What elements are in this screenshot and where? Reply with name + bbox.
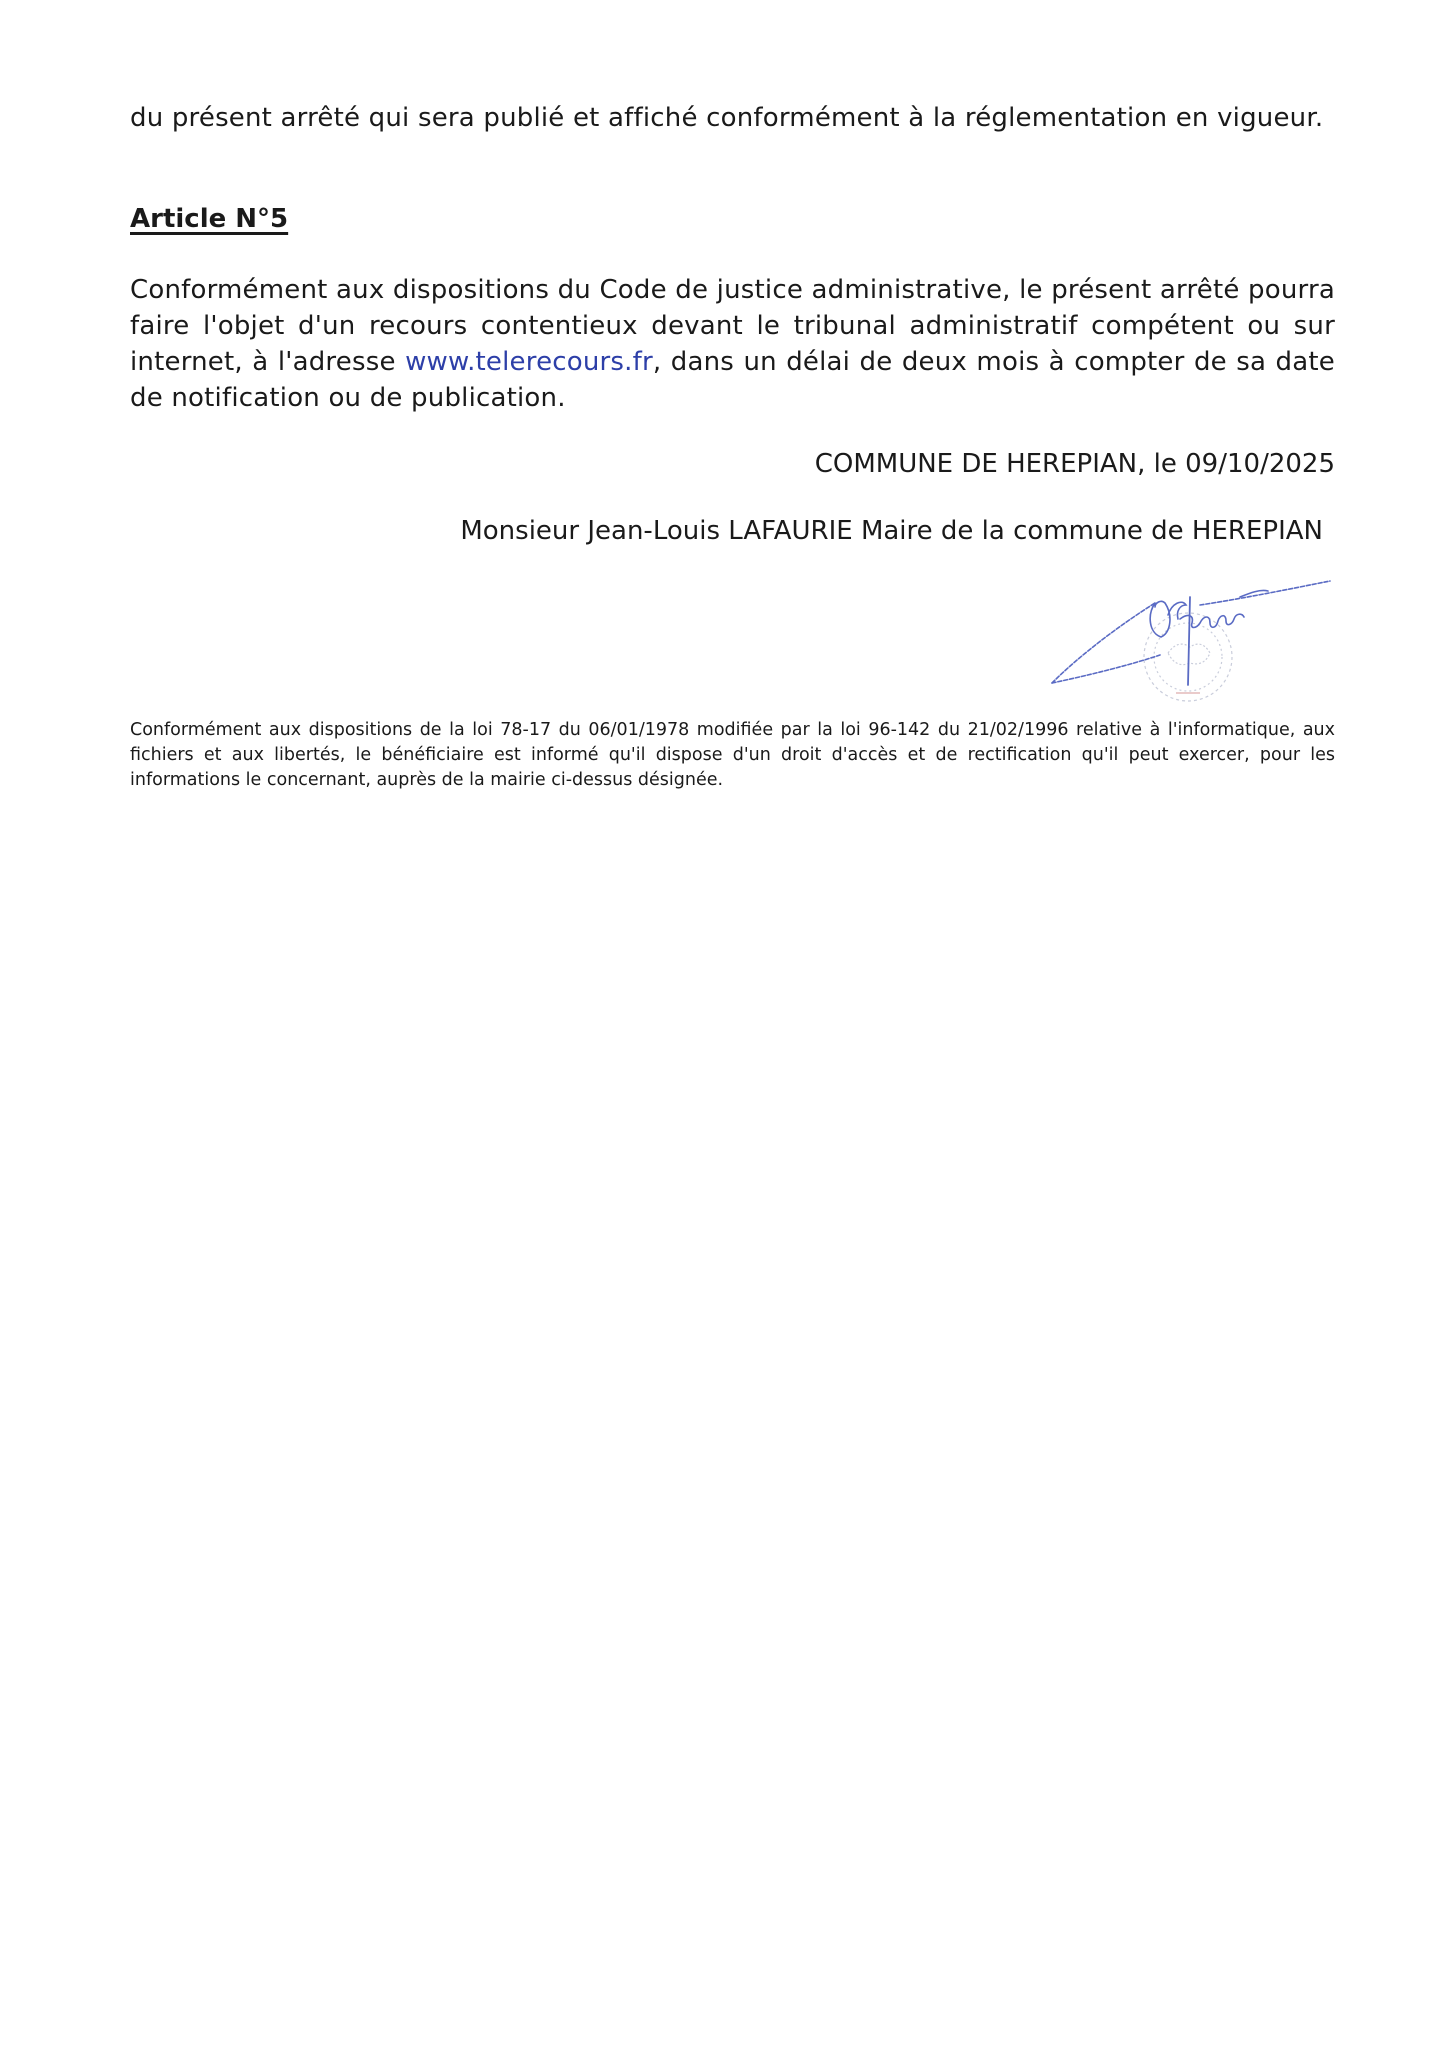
signature-icon <box>1052 581 1330 685</box>
document-page: du présent arrêté qui sera publié et aff… <box>0 0 1448 2048</box>
signatory-name: Monsieur Jean-Louis LAFAURIE Maire de la… <box>460 514 1323 548</box>
article-paragraph: Conformément aux dispositions du Code de… <box>130 272 1335 416</box>
article-heading: Article N°5 <box>130 202 288 236</box>
continuation-paragraph: du présent arrêté qui sera publié et aff… <box>130 100 1335 136</box>
data-protection-footnote: Conformément aux dispositions de la loi … <box>130 718 1335 793</box>
place-and-date: COMMUNE DE HEREPIAN, le 09/10/2025 <box>815 447 1335 481</box>
signature-stamp-icon <box>1040 575 1340 705</box>
telerecours-link[interactable]: www.telerecours.fr <box>405 347 653 377</box>
